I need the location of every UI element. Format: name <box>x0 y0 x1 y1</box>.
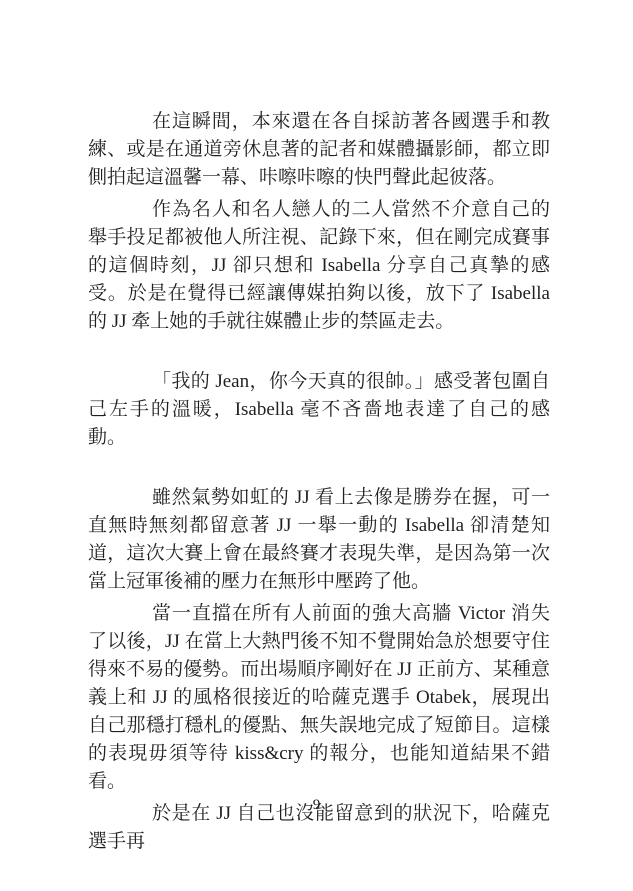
paragraph-5: 當一直擋在所有人前面的強大高牆 Victor 消失了以後，JJ 在當上大熱門後不… <box>88 600 550 796</box>
paragraph-1: 在這瞬間，本來還在各自採訪著各國選手和教練、或是在通道旁休息著的記者和媒體攝影師… <box>88 108 550 192</box>
paragraph-3-dialogue: 「我的 Jean，你今天真的很帥。」感受著包圍自己左手的溫暖，Isabella … <box>88 368 550 452</box>
paragraph-2: 作為名人和名人戀人的二人當然不介意自己的舉手投足都被他人所注視、記錄下來，但在剛… <box>88 196 550 336</box>
paragraph-4: 雖然氣勢如虹的 JJ 看上去像是勝券在握，可一直無時無刻都留意著 JJ 一舉一動… <box>88 484 550 596</box>
page-number: 9 <box>0 795 633 815</box>
document-page: 在這瞬間，本來還在各自採訪著各國選手和教練、或是在通道旁休息著的記者和媒體攝影師… <box>0 0 633 891</box>
